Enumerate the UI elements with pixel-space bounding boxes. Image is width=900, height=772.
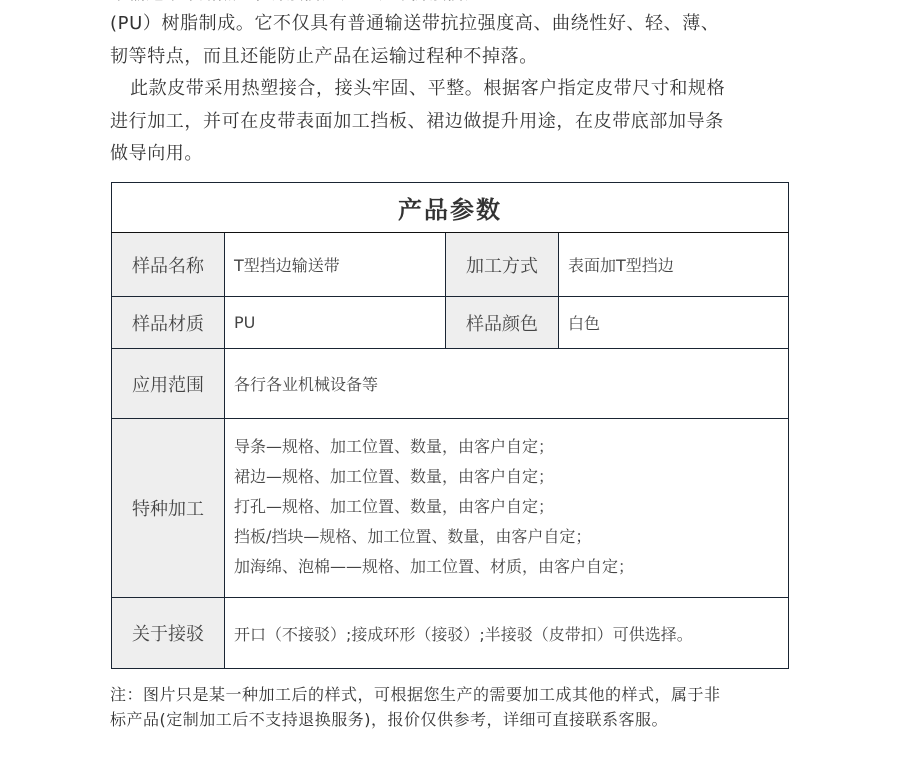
value-special-processing: 导条—规格、加工位置、数量，由客户自定； 裙边—规格、加工位置、数量，由客户自定… (225, 419, 789, 598)
table-row: 样品材质 PU 样品颜色 白色 (112, 297, 789, 349)
intro-p2-line3: 做导向用。 (110, 138, 790, 171)
intro-p2-line2: 进行加工，并可在皮带表面加工挡板、裙边做提升用途，在皮带底部加导条 (110, 106, 790, 139)
value-splicing: 开口（不接驳）;接成环形（接驳）;半接驳（皮带扣）可供选择。 (225, 598, 789, 669)
special-processing-item: 导条—规格、加工位置、数量，由客户自定； (234, 432, 788, 462)
special-processing-item: 挡板/挡块—规格、加工位置、数量，由客户自定； (234, 522, 788, 552)
label-material: 样品材质 (112, 297, 225, 349)
label-color: 样品颜色 (446, 297, 559, 349)
label-splicing: 关于接驳 (112, 598, 225, 669)
table-row: 关于接驳 开口（不接驳）;接成环形（接驳）;半接驳（皮带扣）可供选择。 (112, 598, 789, 669)
value-sample-name: T型挡边输送带 (225, 233, 446, 297)
special-processing-item: 裙边—规格、加工位置、数量，由客户自定； (234, 462, 788, 492)
table-row: 特种加工 导条—规格、加工位置、数量，由客户自定； 裙边—规格、加工位置、数量，… (112, 419, 789, 598)
disclaimer-note: 注：图片只是某一种加工后的样式，可根据您生产的需要加工成其他的样式，属于非 标产… (110, 682, 800, 732)
special-processing-item: 打孔—规格、加工位置、数量，由客户自定； (234, 492, 788, 522)
intro-p1-line2: 韧等特点，而且还能防止产品在运输过程种不掉落。 (110, 41, 790, 74)
value-color: 白色 (559, 297, 789, 349)
value-application: 各行各业机械设备等 (225, 349, 789, 419)
value-material: PU (225, 297, 446, 349)
special-processing-item: 加海绵、泡棉——规格、加工位置、材质，由客户自定； (234, 552, 788, 582)
label-sample-name: 样品名称 (112, 233, 225, 297)
note-line1: 注：图片只是某一种加工后的样式，可根据您生产的需要加工成其他的样式，属于非 (110, 682, 800, 707)
table-title: 产品参数 (112, 183, 789, 233)
label-processing-method: 加工方式 (446, 233, 559, 297)
label-special-processing: 特种加工 (112, 419, 225, 598)
intro-p2-line1: 此款皮带采用热塑接合，接头牢固、平整。根据客户指定皮带尺寸和规格 (110, 73, 790, 106)
value-processing-method: 表面加T型挡边 (559, 233, 789, 297)
table-row: 应用范围 各行各业机械设备等 (112, 349, 789, 419)
table-row: 样品名称 T型挡边输送带 加工方式 表面加T型挡边 (112, 233, 789, 297)
intro-p1-line1: (PU）树脂制成。它不仅具有普通输送带抗拉强度高、曲绕性好、轻、薄、 (110, 8, 790, 41)
product-parameters-table: 产品参数 样品名称 T型挡边输送带 加工方式 表面加T型挡边 样品材质 PU 样… (111, 182, 789, 669)
product-intro: (PU）树脂制成。它不仅具有普通输送带抗拉强度高、曲绕性好、轻、薄、 韧等特点，… (110, 8, 790, 171)
note-line2: 标产品(定制加工后不支持退换服务)，报价仅供参考，详细可直接联系客服。 (110, 707, 800, 732)
label-application: 应用范围 (112, 349, 225, 419)
